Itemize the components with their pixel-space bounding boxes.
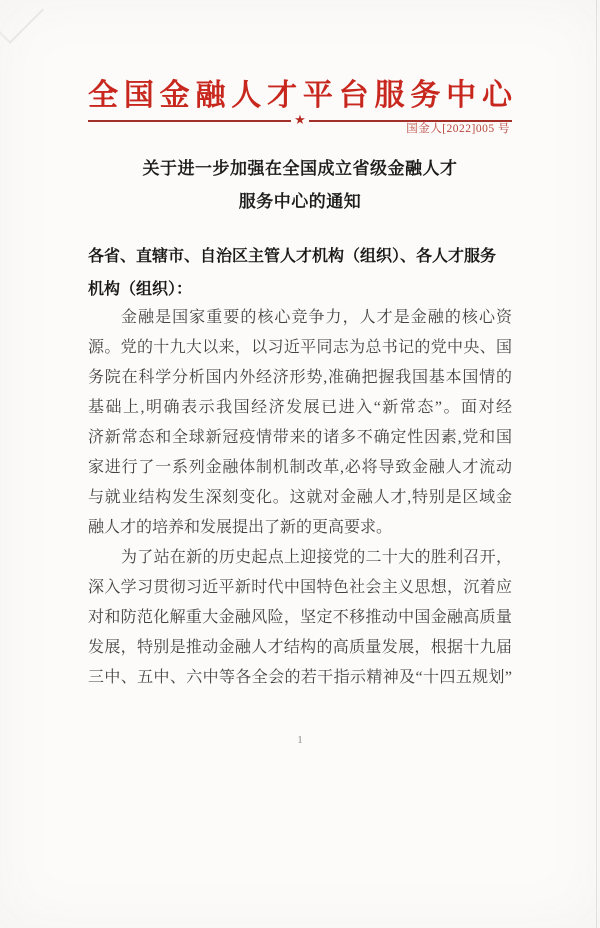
- scan-artifact-corner: [0, 0, 44, 44]
- body-line: 济新常态和全球新冠疫情带来的诸多不确定性因素,党和国: [88, 423, 512, 453]
- body-line: 源。党的十九大以来，以习近平同志为总书记的党中央、国: [88, 333, 512, 363]
- document-number: 国金人[2022]005 号: [88, 122, 510, 137]
- body-paragraph-1: 金融是国家重要的核心竞争力，人才是金融的核心资 源。党的十九大以来，以习近平同志…: [88, 303, 512, 543]
- body-line: 基础上,明确表示我国经济发展已进入“新常态”。面对经: [88, 393, 512, 423]
- scan-artifact-edge: [596, 0, 597, 928]
- scanned-document-page: 全国金融人才平台服务中心 ★ 国金人[2022]005 号 关于进一步加强在全国…: [0, 0, 600, 928]
- document-title: 关于进一步加强在全国成立省级金融人才 服务中心的通知: [88, 152, 512, 218]
- salutation: 各省、直辖市、自治区主管人才机构（组织）、各人才服务 机构（组织）：: [88, 240, 512, 306]
- document-title-line-2: 服务中心的通知: [88, 185, 512, 218]
- body-line: 三中、五中、六中等各全会的若干指示精神及“十四五规划”: [88, 663, 512, 693]
- page-number: 1: [0, 734, 600, 746]
- salutation-line-2: 机构（组织）：: [88, 273, 512, 306]
- body-paragraph-2: 为了站在新的历史起点上迎接党的二十大的胜利召开， 深入学习贯彻习近平新时代中国特…: [88, 543, 512, 693]
- body-line: 对和防范化解重大金融风险，坚定不移推动中国金融高质量: [88, 603, 512, 633]
- body-line: 融人才的培养和发展提出了新的更高要求。: [88, 513, 512, 543]
- body-line: 家进行了一系列金融体制机制改革,必将导致金融人才流动: [88, 453, 512, 483]
- body-line: 金融是国家重要的核心竞争力，人才是金融的核心资: [88, 303, 512, 333]
- salutation-line-1: 各省、直辖市、自治区主管人才机构（组织）、各人才服务: [88, 240, 512, 273]
- body-line: 为了站在新的历史起点上迎接党的二十大的胜利召开，: [88, 543, 512, 573]
- document-title-line-1: 关于进一步加强在全国成立省级金融人才: [88, 152, 512, 185]
- document-body: 金融是国家重要的核心竞争力，人才是金融的核心资 源。党的十九大以来，以习近平同志…: [88, 303, 512, 693]
- body-line: 深入学习贯彻习近平新时代中国特色社会主义思想，沉着应: [88, 573, 512, 603]
- body-line: 与就业结构发生深刻变化。这就对金融人才,特别是区域金: [88, 483, 512, 513]
- letterhead-org-title: 全国金融人才平台服务中心: [88, 78, 512, 114]
- body-line: 发展，特别是推动金融人才结构的高质量发展，根据十九届: [88, 633, 512, 663]
- body-line: 务院在科学分析国内外经济形势,准确把握我国基本国情的: [88, 363, 512, 393]
